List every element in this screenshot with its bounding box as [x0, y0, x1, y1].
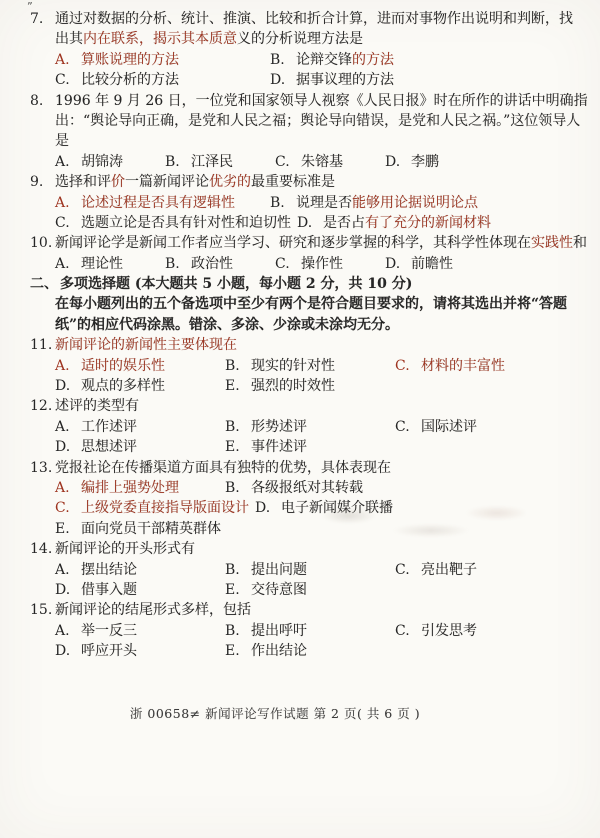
text-segment: 摆出结论 — [81, 562, 137, 578]
option-text: 工作述评 — [81, 417, 137, 437]
option-label: E. — [55, 519, 81, 539]
option-text: 面向党员干部精英群体 — [81, 519, 221, 539]
text-segment: 义的分析说理方法是 — [237, 31, 363, 47]
options-row: C.选题立论是否具有针对性和迫切性D.是否占有了充分的新闻材料 — [0, 213, 600, 233]
option-text: 提出问题 — [251, 560, 307, 580]
option-label: D. — [55, 437, 81, 457]
text-segment: 事件述评 — [251, 439, 307, 455]
option-text: 交待意图 — [251, 580, 307, 600]
text-segment: 作出结论 — [251, 643, 307, 659]
option: A.编排上强势处理 — [55, 478, 225, 498]
option: D.前瞻性 — [385, 254, 495, 274]
text-segment: 算账说理的方法 — [81, 52, 179, 68]
text-segment: 的方法 — [352, 52, 394, 68]
option-label: E. — [225, 580, 251, 600]
text-segment: 在每小题列出的五个备选项中至少有两个是符合题目要求的，请将其选出并将“答题 — [55, 296, 567, 312]
options-row: A.摆出结论B.提出问题C.亮出靶子 — [0, 560, 600, 580]
option-text: 提出呼吁 — [251, 621, 307, 641]
option-label: D. — [255, 498, 281, 518]
option: E.事件述评 — [225, 437, 395, 457]
option-text: 论辩交锋的方法 — [296, 50, 394, 70]
option-label: D. — [385, 152, 411, 172]
option-label: D. — [270, 70, 296, 90]
question-number: 二、 — [30, 274, 60, 294]
option: D.观点的多样性 — [55, 376, 225, 396]
option-label: C. — [395, 356, 421, 376]
option-label: B. — [225, 356, 251, 376]
text-segment: 通过对数据的分析、统计、推演、比较和折合计算，进而对事物作出说明和判断，找 — [55, 11, 573, 27]
option-label: B. — [225, 560, 251, 580]
question-line: 12.述评的类型有 — [0, 396, 600, 416]
text-segment: 电子新闻媒介联播 — [281, 500, 393, 516]
option-text: 电子新闻媒介联播 — [281, 498, 393, 518]
option-label: D. — [297, 213, 323, 233]
text-segment: 优劣的 — [209, 174, 251, 190]
option-text: 江泽民 — [191, 152, 233, 172]
option-label: A. — [55, 478, 81, 498]
option-text: 上级党委直接指导版面设计 — [81, 498, 249, 518]
option-label: A. — [55, 356, 81, 376]
option-text: 算账说理的方法 — [81, 50, 179, 70]
text-segment: 呼应开头 — [81, 643, 137, 659]
option-text: 朱镕基 — [301, 152, 343, 172]
options-row: D.观点的多样性E.强烈的时效性 — [0, 376, 600, 396]
text-segment: 适时的娱乐性 — [81, 358, 165, 374]
option-label: C. — [55, 498, 81, 518]
text-segment: 强烈的时效性 — [251, 378, 335, 394]
question-number: 15. — [30, 600, 55, 620]
option-label: B. — [165, 254, 191, 274]
text-segment: 工作述评 — [81, 419, 137, 435]
option: C.操作性 — [275, 254, 385, 274]
option-text: 是否占有了充分的新闻材料 — [323, 213, 491, 233]
text-segment: 前瞻性 — [411, 256, 453, 272]
option-text: 操作性 — [301, 254, 343, 274]
option-label: C. — [395, 621, 421, 641]
text-segment: 述评的类型有 — [55, 398, 139, 414]
text-segment: 思想述评 — [81, 439, 137, 455]
text-segment: 新闻评论的新闻性主要体现在 — [55, 337, 237, 353]
option-text: 事件述评 — [251, 437, 307, 457]
option-text: 论述过程是否具有逻辑性 — [81, 193, 235, 213]
option-label: D. — [55, 580, 81, 600]
question-number: 14. — [30, 539, 55, 559]
option: A.工作述评 — [55, 417, 225, 437]
option: C.材料的丰富性 — [395, 356, 565, 376]
option: D.借事入题 — [55, 580, 225, 600]
text-segment: 多项选择题 (本大题共 5 小题，每小题 2 分，共 10 分) — [60, 276, 412, 292]
question-number: 9. — [30, 172, 55, 192]
option-text: 强烈的时效性 — [251, 376, 335, 396]
option-label: C. — [275, 152, 301, 172]
text-segment: 各级报纸对其转载 — [251, 480, 363, 496]
option: D.是否占有了充分的新闻材料 — [297, 213, 512, 233]
option: A.胡锦涛 — [55, 152, 165, 172]
option-label: D. — [55, 376, 81, 396]
option: C.引发思考 — [395, 621, 565, 641]
instructions-line: 在每小题列出的五个备选项中至少有两个是符合题目要求的，请将其选出并将“答题 — [0, 294, 600, 314]
option-label: B. — [165, 152, 191, 172]
option-text: 胡锦涛 — [81, 152, 123, 172]
option: C.选题立论是否具有针对性和迫切性 — [55, 213, 297, 233]
text-segment: 政治性 — [191, 256, 233, 272]
option: A.算账说理的方法 — [55, 50, 270, 70]
text-segment: 国际述评 — [421, 419, 477, 435]
options-row: D.思想述评E.事件述评 — [0, 437, 600, 457]
question-line: 15.新闻评论的结尾形式多样，包括 — [0, 600, 600, 620]
option-text: 材料的丰富性 — [421, 356, 505, 376]
text-segment: 选择和评 — [55, 174, 111, 190]
question-number: 7. — [30, 9, 55, 29]
text-segment: 交待意图 — [251, 582, 307, 598]
option: B.论辩交锋的方法 — [270, 50, 485, 70]
option-text: 比较分析的方法 — [81, 70, 179, 90]
text-segment: 能够用论据说明论点 — [352, 195, 478, 211]
text-segment: 引发思考 — [421, 623, 477, 639]
options-row: C.上级党委直接指导版面设计D.电子新闻媒介联播 — [0, 498, 600, 518]
option-label: A. — [55, 254, 81, 274]
option-text: 国际述评 — [421, 417, 477, 437]
text-segment: 观点的多样性 — [81, 378, 165, 394]
option-text: 摆出结论 — [81, 560, 137, 580]
option: E.面向党员干部精英群体 — [55, 519, 227, 539]
text-segment: 是否占 — [323, 215, 365, 231]
option-text: 编排上强势处理 — [81, 478, 179, 498]
option: A.摆出结论 — [55, 560, 225, 580]
option-text: 李鹏 — [411, 152, 439, 172]
text-segment: 江泽民 — [191, 154, 233, 170]
option-label: E. — [225, 437, 251, 457]
option: E.作出结论 — [225, 641, 395, 661]
question-line: 11.新闻评论的新闻性主要体现在 — [0, 335, 600, 355]
option-text: 作出结论 — [251, 641, 307, 661]
option-label: A. — [55, 152, 81, 172]
question-line: 14.新闻评论的开头形式有 — [0, 539, 600, 559]
option: D.李鹏 — [385, 152, 495, 172]
question-number: 13. — [30, 458, 55, 478]
option-text: 政治性 — [191, 254, 233, 274]
text-segment: 举一反三 — [81, 623, 137, 639]
question-line: 13.党报社论在传播渠道方面具有独特的优势，具体表现在 — [0, 458, 600, 478]
option-label: B. — [225, 417, 251, 437]
section-header: 二、多项选择题 (本大题共 5 小题，每小题 2 分，共 10 分) — [0, 274, 600, 294]
text-segment: 出其 — [55, 31, 83, 47]
option-label: C. — [275, 254, 301, 274]
question-line: 8.1996 年 9 月 26 日，一位党和国家领导人视察《人民日报》时在所作的… — [0, 91, 600, 111]
question-line: 9.选择和评价一篇新闻评论优劣的最重要标准是 — [0, 172, 600, 192]
option: D.电子新闻媒介联播 — [255, 498, 425, 518]
text-segment: 现实的针对性 — [251, 358, 335, 374]
text-segment: 价 — [111, 174, 125, 190]
option: E.强烈的时效性 — [225, 376, 395, 396]
question-line: 7.通过对数据的分析、统计、推演、比较和折合计算，进而对事物作出说明和判断，找 — [0, 9, 600, 29]
option-label: D. — [385, 254, 411, 274]
question-number: 10. — [30, 233, 55, 253]
text-segment: 内在联系，揭示其本质意 — [83, 31, 237, 47]
text-segment: 说理是否 — [296, 195, 352, 211]
option: E.交待意图 — [225, 580, 395, 600]
options-row: D.呼应开头E.作出结论 — [0, 641, 600, 661]
option-label: C. — [55, 213, 81, 233]
options-row: A.算账说理的方法B.论辩交锋的方法 — [0, 50, 600, 70]
text-segment: 据事议理的方法 — [296, 72, 394, 88]
option-label: B. — [225, 621, 251, 641]
option: C.亮出靶子 — [395, 560, 565, 580]
text-segment: 一篇新闻评论 — [125, 174, 209, 190]
options-row: A.理论性B.政治性C.操作性D.前瞻性 — [0, 254, 600, 274]
option-text: 据事议理的方法 — [296, 70, 394, 90]
text-segment: 选题立论是否具有针对性和迫切性 — [81, 215, 291, 231]
text-segment: 亮出靶子 — [421, 562, 477, 578]
options-row: D.借事入题E.交待意图 — [0, 580, 600, 600]
text-segment: 面向党员干部精英群体 — [81, 521, 221, 537]
options-row: A.举一反三B.提出呼吁C.引发思考 — [0, 621, 600, 641]
options-row: E.面向党员干部精英群体 — [0, 519, 600, 539]
text-segment: 比较分析的方法 — [81, 72, 179, 88]
option-label: B. — [270, 193, 296, 213]
option-text: 观点的多样性 — [81, 376, 165, 396]
text-segment: 论述过程是否具有逻辑性 — [81, 195, 235, 211]
option: B.形势述评 — [225, 417, 395, 437]
options-row: C.比较分析的方法D.据事议理的方法 — [0, 70, 600, 90]
option-text: 形势述评 — [251, 417, 307, 437]
text-segment: 1996 年 9 月 26 日，一位党和国家领导人视察《人民日报》时在所作的讲话… — [55, 93, 588, 109]
option: B.各级报纸对其转载 — [225, 478, 395, 498]
option: D.思想述评 — [55, 437, 225, 457]
option: A.论述过程是否具有逻辑性 — [55, 193, 270, 213]
option-text: 现实的针对性 — [251, 356, 335, 376]
text-segment: 形势述评 — [251, 419, 307, 435]
options-row: A.工作述评B.形势述评C.国际述评 — [0, 417, 600, 437]
text-segment: 论辩交锋 — [296, 52, 352, 68]
text-segment: 纸”的相应代码涂黑。错涂、多涂、少涂或未涂均无分。 — [55, 317, 399, 333]
options-row: A.论述过程是否具有逻辑性B.说理是否能够用论据说明论点 — [0, 193, 600, 213]
options-row: A.胡锦涛B.江泽民C.朱镕基D.李鹏 — [0, 152, 600, 172]
option: B.江泽民 — [165, 152, 275, 172]
option-label: C. — [395, 560, 421, 580]
option: B.现实的针对性 — [225, 356, 395, 376]
exam-paper-page: ” 7.通过对数据的分析、统计、推演、比较和折合计算，进而对事物作出说明和判断，… — [0, 0, 600, 838]
text-segment: 有了充分的新闻材料 — [365, 215, 491, 231]
text-segment: 和 — [573, 235, 587, 251]
option-label: C. — [395, 417, 421, 437]
option: B.提出问题 — [225, 560, 395, 580]
question-line: 10.新闻评论学是新闻工作者应当学习、研究和逐步掌握的科学，其科学性体现在实践性… — [0, 233, 600, 253]
option-text: 思想述评 — [81, 437, 137, 457]
question-line: 出：“舆论导向正确，是党和人民之福；舆论导向错误，是党和人民之祸。”这位领导人 — [0, 111, 600, 131]
text-segment: 材料的丰富性 — [421, 358, 505, 374]
text-segment: 新闻评论的结尾形式多样，包括 — [55, 602, 251, 618]
option: C.比较分析的方法 — [55, 70, 270, 90]
option: C.朱镕基 — [275, 152, 385, 172]
text-segment: 操作性 — [301, 256, 343, 272]
option: B.说理是否能够用论据说明论点 — [270, 193, 485, 213]
option-text: 借事入题 — [81, 580, 137, 600]
option-label: A. — [55, 417, 81, 437]
option-text: 适时的娱乐性 — [81, 356, 165, 376]
text-segment: 上级党委直接指导版面设计 — [81, 500, 249, 516]
text-segment: 新闻评论学是新闻工作者应当学习、研究和逐步掌握的科学，其科学性体现在 — [55, 235, 531, 251]
page-footer: 浙 00658≠ 新闻评论写作试题 第 2 页( 共 6 页 ) — [0, 704, 575, 722]
option: C.国际述评 — [395, 417, 565, 437]
text-segment: 新闻评论的开头形式有 — [55, 541, 195, 557]
option: A.适时的娱乐性 — [55, 356, 225, 376]
option-label: B. — [225, 478, 251, 498]
text-segment: 提出呼吁 — [251, 623, 307, 639]
option: A.理论性 — [55, 254, 165, 274]
option-text: 呼应开头 — [81, 641, 137, 661]
exam-content: 7.通过对数据的分析、统计、推演、比较和折合计算，进而对事物作出说明和判断，找出… — [0, 9, 600, 662]
option-label: D. — [55, 641, 81, 661]
text-segment: 理论性 — [81, 256, 123, 272]
option-text: 前瞻性 — [411, 254, 453, 274]
text-segment: 朱镕基 — [301, 154, 343, 170]
option-label: A. — [55, 50, 81, 70]
question-number: 8. — [30, 91, 55, 111]
text-segment: 实践性 — [531, 235, 573, 251]
question-line: 出其内在联系，揭示其本质意义的分析说理方法是 — [0, 29, 600, 49]
option-text: 选题立论是否具有针对性和迫切性 — [81, 213, 291, 233]
option: D.据事议理的方法 — [270, 70, 485, 90]
option: B.政治性 — [165, 254, 275, 274]
option-text: 说理是否能够用论据说明论点 — [296, 193, 478, 213]
text-segment: 借事入题 — [81, 582, 137, 598]
option: C.上级党委直接指导版面设计 — [55, 498, 255, 518]
option-text: 亮出靶子 — [421, 560, 477, 580]
text-segment: 出：“舆论导向正确，是党和人民之福；舆论导向错误，是党和人民之祸。”这位领导人 — [55, 113, 580, 129]
text-segment: 最重要标准是 — [251, 174, 335, 190]
text-segment: 是 — [55, 133, 69, 149]
option-text: 举一反三 — [81, 621, 137, 641]
question-number: 12. — [30, 396, 55, 416]
option: D.呼应开头 — [55, 641, 225, 661]
option-label: A. — [55, 193, 81, 213]
text-segment: 提出问题 — [251, 562, 307, 578]
text-segment: 党报社论在传播渠道方面具有独特的优势，具体表现在 — [55, 460, 391, 476]
option-label: B. — [270, 50, 296, 70]
text-segment: 胡锦涛 — [81, 154, 123, 170]
question-number: 11. — [30, 335, 55, 355]
options-row: A.适时的娱乐性B.现实的针对性C.材料的丰富性 — [0, 356, 600, 376]
option-text: 理论性 — [81, 254, 123, 274]
option: B.提出呼吁 — [225, 621, 395, 641]
option-label: E. — [225, 376, 251, 396]
option-label: E. — [225, 641, 251, 661]
option-text: 引发思考 — [421, 621, 477, 641]
options-row: A.编排上强势处理B.各级报纸对其转载 — [0, 478, 600, 498]
instructions-line: 纸”的相应代码涂黑。错涂、多涂、少涂或未涂均无分。 — [0, 315, 600, 335]
text-segment: 编排上强势处理 — [81, 480, 179, 496]
question-line: 是 — [0, 131, 600, 151]
option-text: 各级报纸对其转载 — [251, 478, 363, 498]
option-label: A. — [55, 560, 81, 580]
text-segment: 李鹏 — [411, 154, 439, 170]
option: A.举一反三 — [55, 621, 225, 641]
option-label: C. — [55, 70, 81, 90]
option-label: A. — [55, 621, 81, 641]
